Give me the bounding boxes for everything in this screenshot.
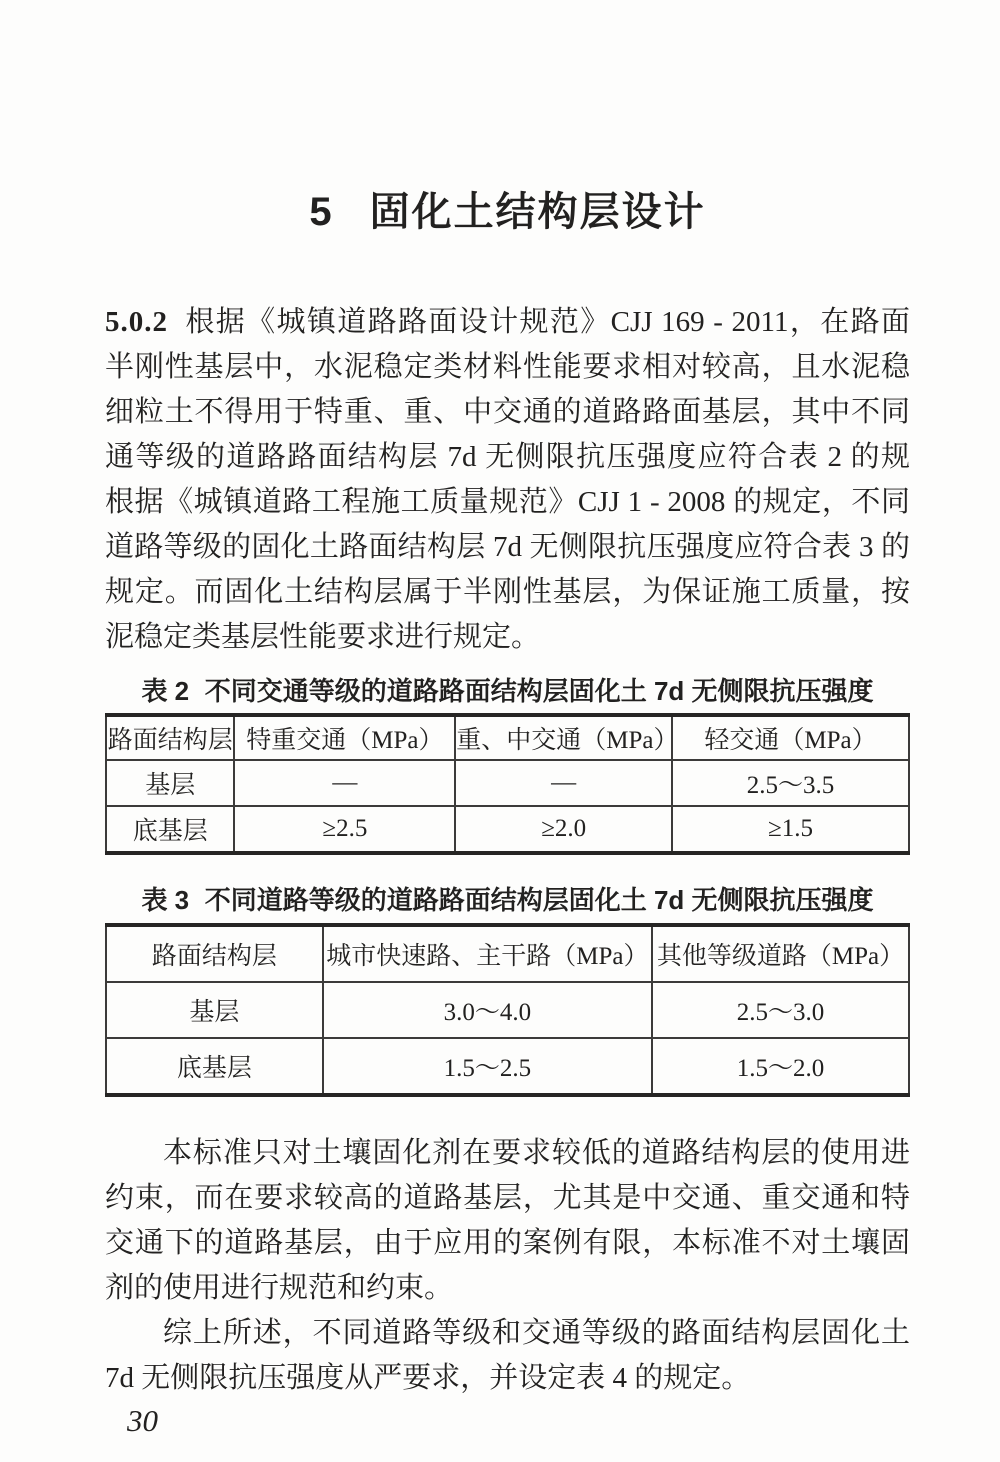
table3-cell: 1.5～2.0 xyxy=(652,1038,909,1095)
table3-cell: 2.5～3.0 xyxy=(652,982,909,1038)
table2-header-row: 路面结构层 特重交通（MPa） 重、中交通（MPa） 轻交通（MPa） xyxy=(106,715,909,760)
table2-header-cell: 重、中交通（MPa） xyxy=(455,715,672,760)
text-line: 泥稳定类基层性能要求进行规定。 xyxy=(105,615,910,660)
chapter-number: 5 xyxy=(309,190,333,234)
table3-header-cell: 路面结构层 xyxy=(106,925,323,982)
text-line-content: 根据《城镇道路路面设计规范》CJJ 169 - 2011，在路面 xyxy=(184,306,910,338)
table3-header-row: 路面结构层 城市快速路、主干路（MPa） 其他等级道路（MPa） xyxy=(106,925,909,982)
table3-cell: 底基层 xyxy=(106,1038,323,1095)
chapter-title-text: 固化土结构层设计 xyxy=(370,190,706,234)
text-line: 7d 无侧限抗压强度从严要求，并设定表 4 的规定。 xyxy=(105,1356,910,1401)
table2-caption: 表 2不同交通等级的道路路面结构层固化土 7d 无侧限抗压强度 xyxy=(105,676,910,706)
text-line: 道路等级的固化土路面结构层 7d 无侧限抗压强度应符合表 3 的 xyxy=(105,525,910,570)
table2-cell: — xyxy=(455,760,672,806)
text-line: 5.0.2根据《城镇道路路面设计规范》CJJ 169 - 2011，在路面 xyxy=(105,300,910,345)
table2-caption-text: 不同交通等级的道路路面结构层固化土 7d 无侧限抗压强度 xyxy=(205,676,874,706)
table3-header-cell: 其他等级道路（MPa） xyxy=(652,925,909,982)
text-line: 根据《城镇道路工程施工质量规范》CJJ 1 - 2008 的规定，不同 xyxy=(105,480,910,525)
text-line: 规定。而固化土结构层属于半刚性基层，为保证施工质量，按水 xyxy=(105,570,910,615)
table2-header-cell: 路面结构层 xyxy=(106,715,234,760)
page-content: 5固化土结构层设计 5.0.2根据《城镇道路路面设计规范》CJJ 169 - 2… xyxy=(0,188,1000,1439)
page-number: 30 xyxy=(127,1403,910,1439)
table2: 路面结构层 特重交通（MPa） 重、中交通（MPa） 轻交通（MPa） 基层 —… xyxy=(105,713,910,855)
table3: 路面结构层 城市快速路、主干路（MPa） 其他等级道路（MPa） 基层 3.0～… xyxy=(105,923,910,1097)
table3-caption-text: 不同道路等级的道路路面结构层固化土 7d 无侧限抗压强度 xyxy=(205,885,874,915)
clause-number: 5.0.2 xyxy=(105,306,168,338)
table3-row-base-course: 基层 3.0～4.0 2.5～3.0 xyxy=(106,982,909,1038)
table2-cell: 底基层 xyxy=(106,806,234,853)
text-line: 交通下的道路基层，由于应用的案例有限，本标准不对土壤固化 xyxy=(105,1221,910,1266)
table2-header-cell: 轻交通（MPa） xyxy=(672,715,909,760)
text-line: 综上所述，不同道路等级和交通等级的路面结构层固化土 xyxy=(105,1311,910,1356)
table2-row-base-course: 基层 — — 2.5～3.5 xyxy=(106,760,909,806)
text-line: 本标准只对土壤固化剂在要求较低的道路结构层的使用进行 xyxy=(105,1131,910,1176)
clause-5-0-2-paragraph: 5.0.2根据《城镇道路路面设计规范》CJJ 169 - 2011，在路面 半刚… xyxy=(105,300,910,660)
text-line: 剂的使用进行规范和约束。 xyxy=(105,1266,910,1311)
text-line: 细粒土不得用于特重、重、中交通的道路路面基层，其中不同交 xyxy=(105,390,910,435)
table3-caption-label: 表 3 xyxy=(141,885,189,915)
table2-cell: ≥1.5 xyxy=(672,806,909,853)
table2-header-cell: 特重交通（MPa） xyxy=(234,715,455,760)
table2-cell: — xyxy=(234,760,455,806)
table2-cell: 2.5～3.5 xyxy=(672,760,909,806)
table3-cell: 3.0～4.0 xyxy=(323,982,652,1038)
table2-cell: 基层 xyxy=(106,760,234,806)
table3-cell: 基层 xyxy=(106,982,323,1038)
text-line: 半刚性基层中，水泥稳定类材料性能要求相对较高，且水泥稳定 xyxy=(105,345,910,390)
table2-caption-label: 表 2 xyxy=(141,676,189,706)
table3-cell: 1.5～2.5 xyxy=(323,1038,652,1095)
table3-header-cell: 城市快速路、主干路（MPa） xyxy=(323,925,652,982)
table2-cell: ≥2.5 xyxy=(234,806,455,853)
summary-paragraph: 综上所述，不同道路等级和交通等级的路面结构层固化土 7d 无侧限抗压强度从严要求… xyxy=(105,1311,910,1401)
table3-caption: 表 3不同道路等级的道路路面结构层固化土 7d 无侧限抗压强度 xyxy=(105,885,910,915)
text-line: 通等级的道路路面结构层 7d 无侧限抗压强度应符合表 2 的规定。 xyxy=(105,435,910,480)
table2-cell: ≥2.0 xyxy=(455,806,672,853)
scope-paragraph: 本标准只对土壤固化剂在要求较低的道路结构层的使用进行 约束，而在要求较高的道路基… xyxy=(105,1131,910,1311)
document-page: 5固化土结构层设计 5.0.2根据《城镇道路路面设计规范》CJJ 169 - 2… xyxy=(0,0,1000,1462)
chapter-title: 5固化土结构层设计 xyxy=(105,188,910,236)
table3-row-subbase: 底基层 1.5～2.5 1.5～2.0 xyxy=(106,1038,909,1095)
table2-row-subbase: 底基层 ≥2.5 ≥2.0 ≥1.5 xyxy=(106,806,909,853)
text-line: 约束，而在要求较高的道路基层，尤其是中交通、重交通和特重 xyxy=(105,1176,910,1221)
